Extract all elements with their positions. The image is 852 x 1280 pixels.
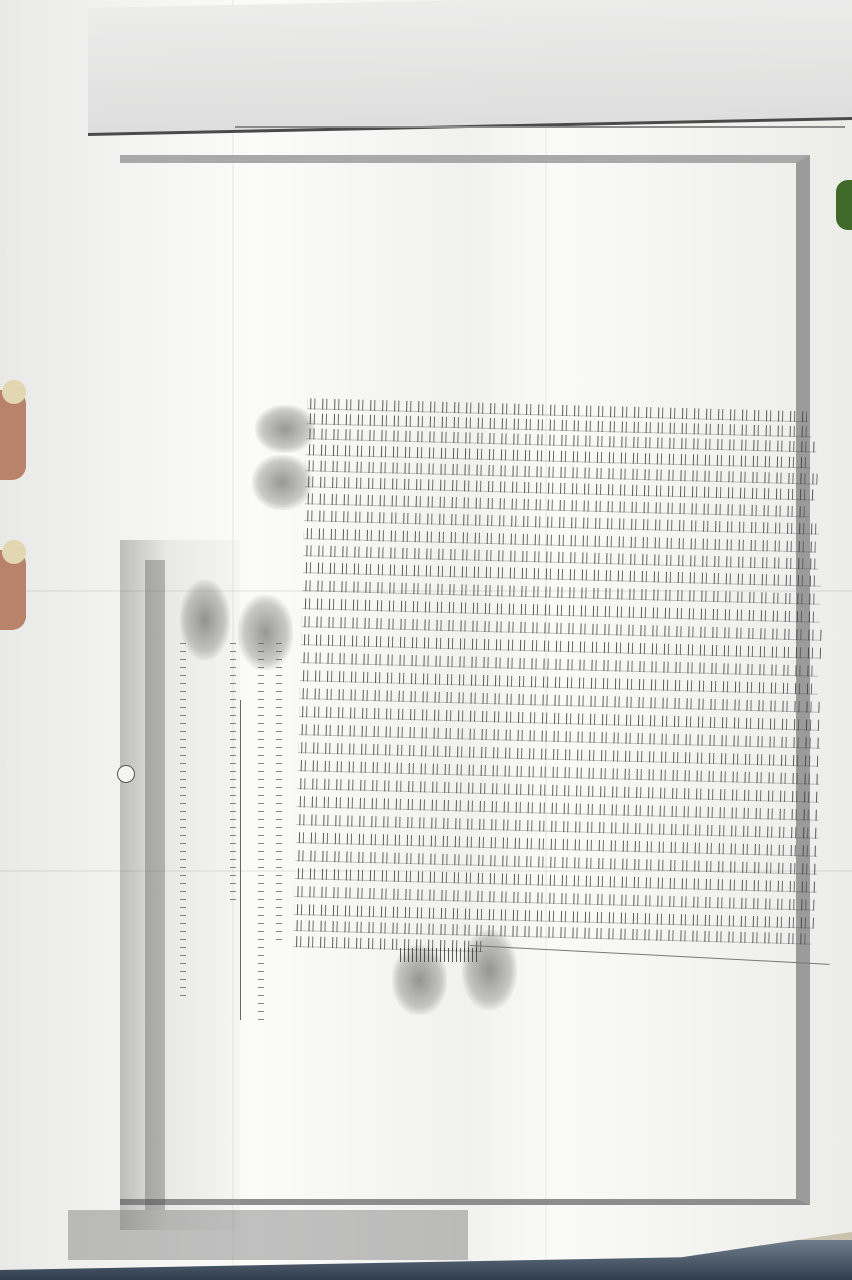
margin-rule-line — [240, 700, 241, 1020]
top-rule-line — [235, 126, 845, 128]
margin-note-line — [258, 640, 264, 1020]
handwritten-body — [293, 398, 832, 972]
holding-hand — [0, 370, 28, 630]
bracelet-bead — [2, 540, 26, 564]
document-paper — [0, 0, 852, 1270]
bracelet-bead — [2, 380, 26, 404]
background-leaf — [836, 180, 852, 230]
photocopy-bottom-band — [68, 1210, 468, 1260]
margin-note-line — [180, 640, 186, 1000]
punch-hole — [117, 765, 135, 783]
margin-note-line — [276, 640, 282, 940]
photocopy-left-edge — [145, 560, 165, 1210]
signature — [400, 948, 480, 962]
margin-notes — [180, 640, 290, 1030]
photocopy-top-band — [88, 0, 852, 136]
thumbprint — [252, 455, 312, 510]
margin-note-line — [230, 640, 236, 900]
